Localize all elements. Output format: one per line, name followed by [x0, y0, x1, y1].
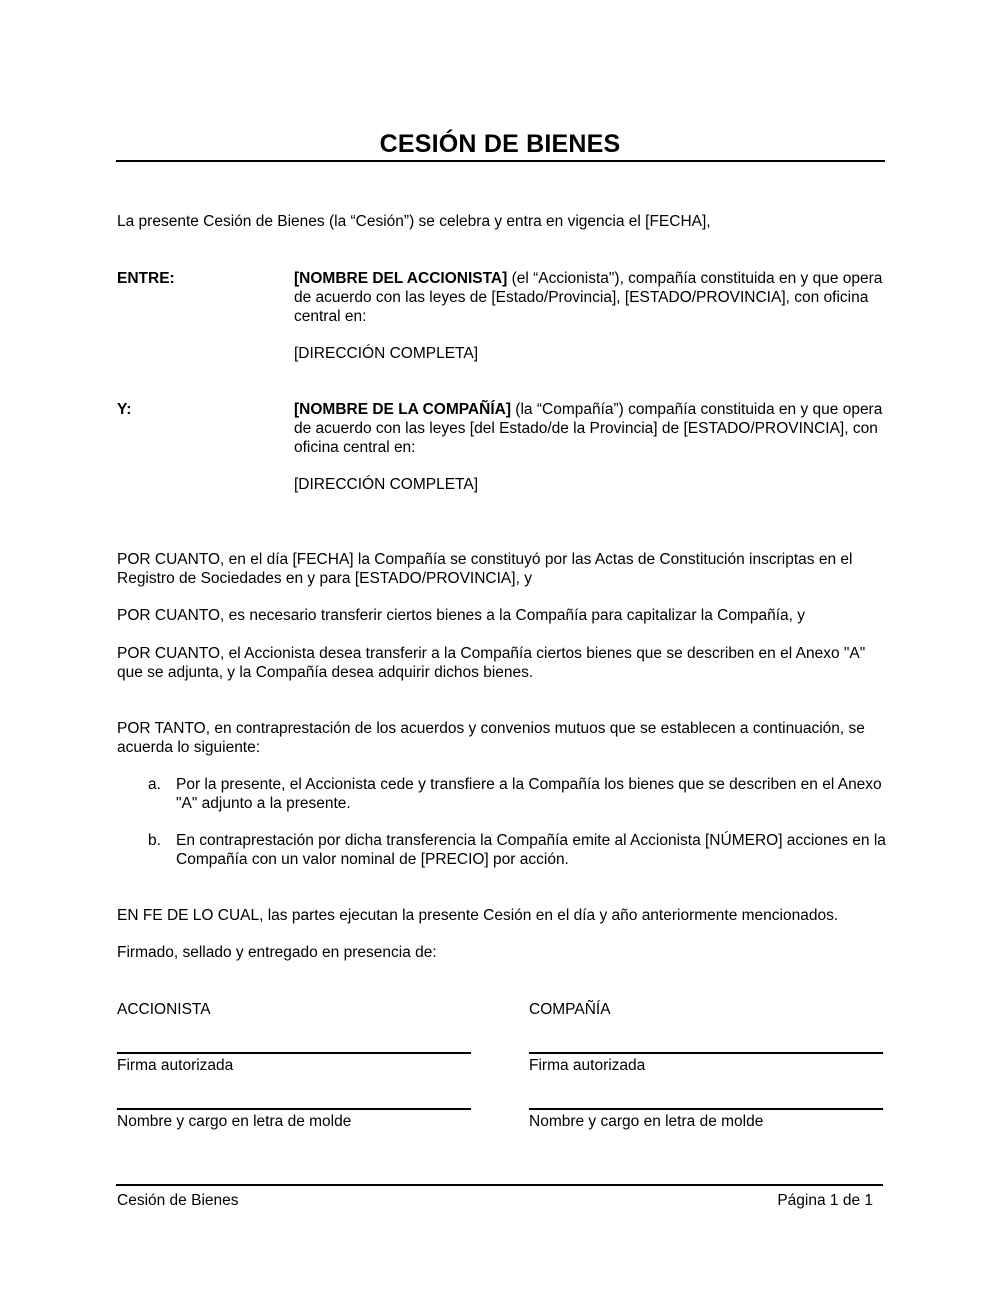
witness-paragraph: EN FE DE LO CUAL, las partes ejecutan la…: [117, 906, 885, 925]
party-company: [NOMBRE DE LA COMPAÑÍA] (la “Compañía”) …: [294, 400, 884, 457]
footer-document-name: Cesión de Bienes: [117, 1191, 239, 1210]
party-label-y: Y:: [117, 400, 131, 419]
company-name: [NOMBRE DE LA COMPAÑÍA]: [294, 401, 511, 418]
intro-paragraph: La presente Cesión de Bienes (la “Cesión…: [117, 212, 885, 231]
clause-a-marker: a.: [148, 775, 161, 794]
shareholder-name-label: Nombre y cargo en letra de molde: [117, 1112, 351, 1131]
company-name-line: [529, 1108, 883, 1110]
shareholder-signature-label: Firma autorizada: [117, 1056, 233, 1075]
signed-paragraph: Firmado, sellado y entregado en presenci…: [117, 943, 885, 962]
whereas-paragraph-3: POR CUANTO, el Accionista desea transfer…: [117, 644, 885, 682]
company-signature-heading: COMPAÑÍA: [529, 1000, 611, 1019]
footer-rule: [116, 1184, 883, 1186]
whereas-paragraph-2: POR CUANTO, es necesario transferir cier…: [117, 606, 885, 625]
shareholder-name: [NOMBRE DEL ACCIONISTA]: [294, 270, 507, 287]
clause-a-text: Por la presente, el Accionista cede y tr…: [176, 775, 886, 813]
party-label-entre: ENTRE:: [117, 269, 175, 288]
therefore-paragraph: POR TANTO, en contraprestación de los ac…: [117, 719, 885, 757]
shareholder-signature-line: [117, 1052, 471, 1054]
whereas-paragraph-1: POR CUANTO, en el día [FECHA] la Compañí…: [117, 550, 885, 588]
company-signature-line: [529, 1052, 883, 1054]
company-name-label: Nombre y cargo en letra de molde: [529, 1112, 763, 1131]
shareholder-name-line: [117, 1108, 471, 1110]
clause-b-marker: b.: [148, 831, 161, 850]
company-signature-label: Firma autorizada: [529, 1056, 645, 1075]
title-rule: [116, 160, 885, 162]
footer-page-number: Página 1 de 1: [777, 1191, 873, 1210]
party-shareholder: [NOMBRE DEL ACCIONISTA] (el “Accionista"…: [294, 269, 884, 326]
shareholder-address: [DIRECCIÓN COMPLETA]: [294, 344, 884, 363]
clause-b-text: En contraprestación por dicha transferen…: [176, 831, 886, 869]
shareholder-signature-heading: ACCIONISTA: [117, 1000, 211, 1019]
company-address: [DIRECCIÓN COMPLETA]: [294, 475, 884, 494]
document-title: CESIÓN DE BIENES: [116, 128, 884, 160]
